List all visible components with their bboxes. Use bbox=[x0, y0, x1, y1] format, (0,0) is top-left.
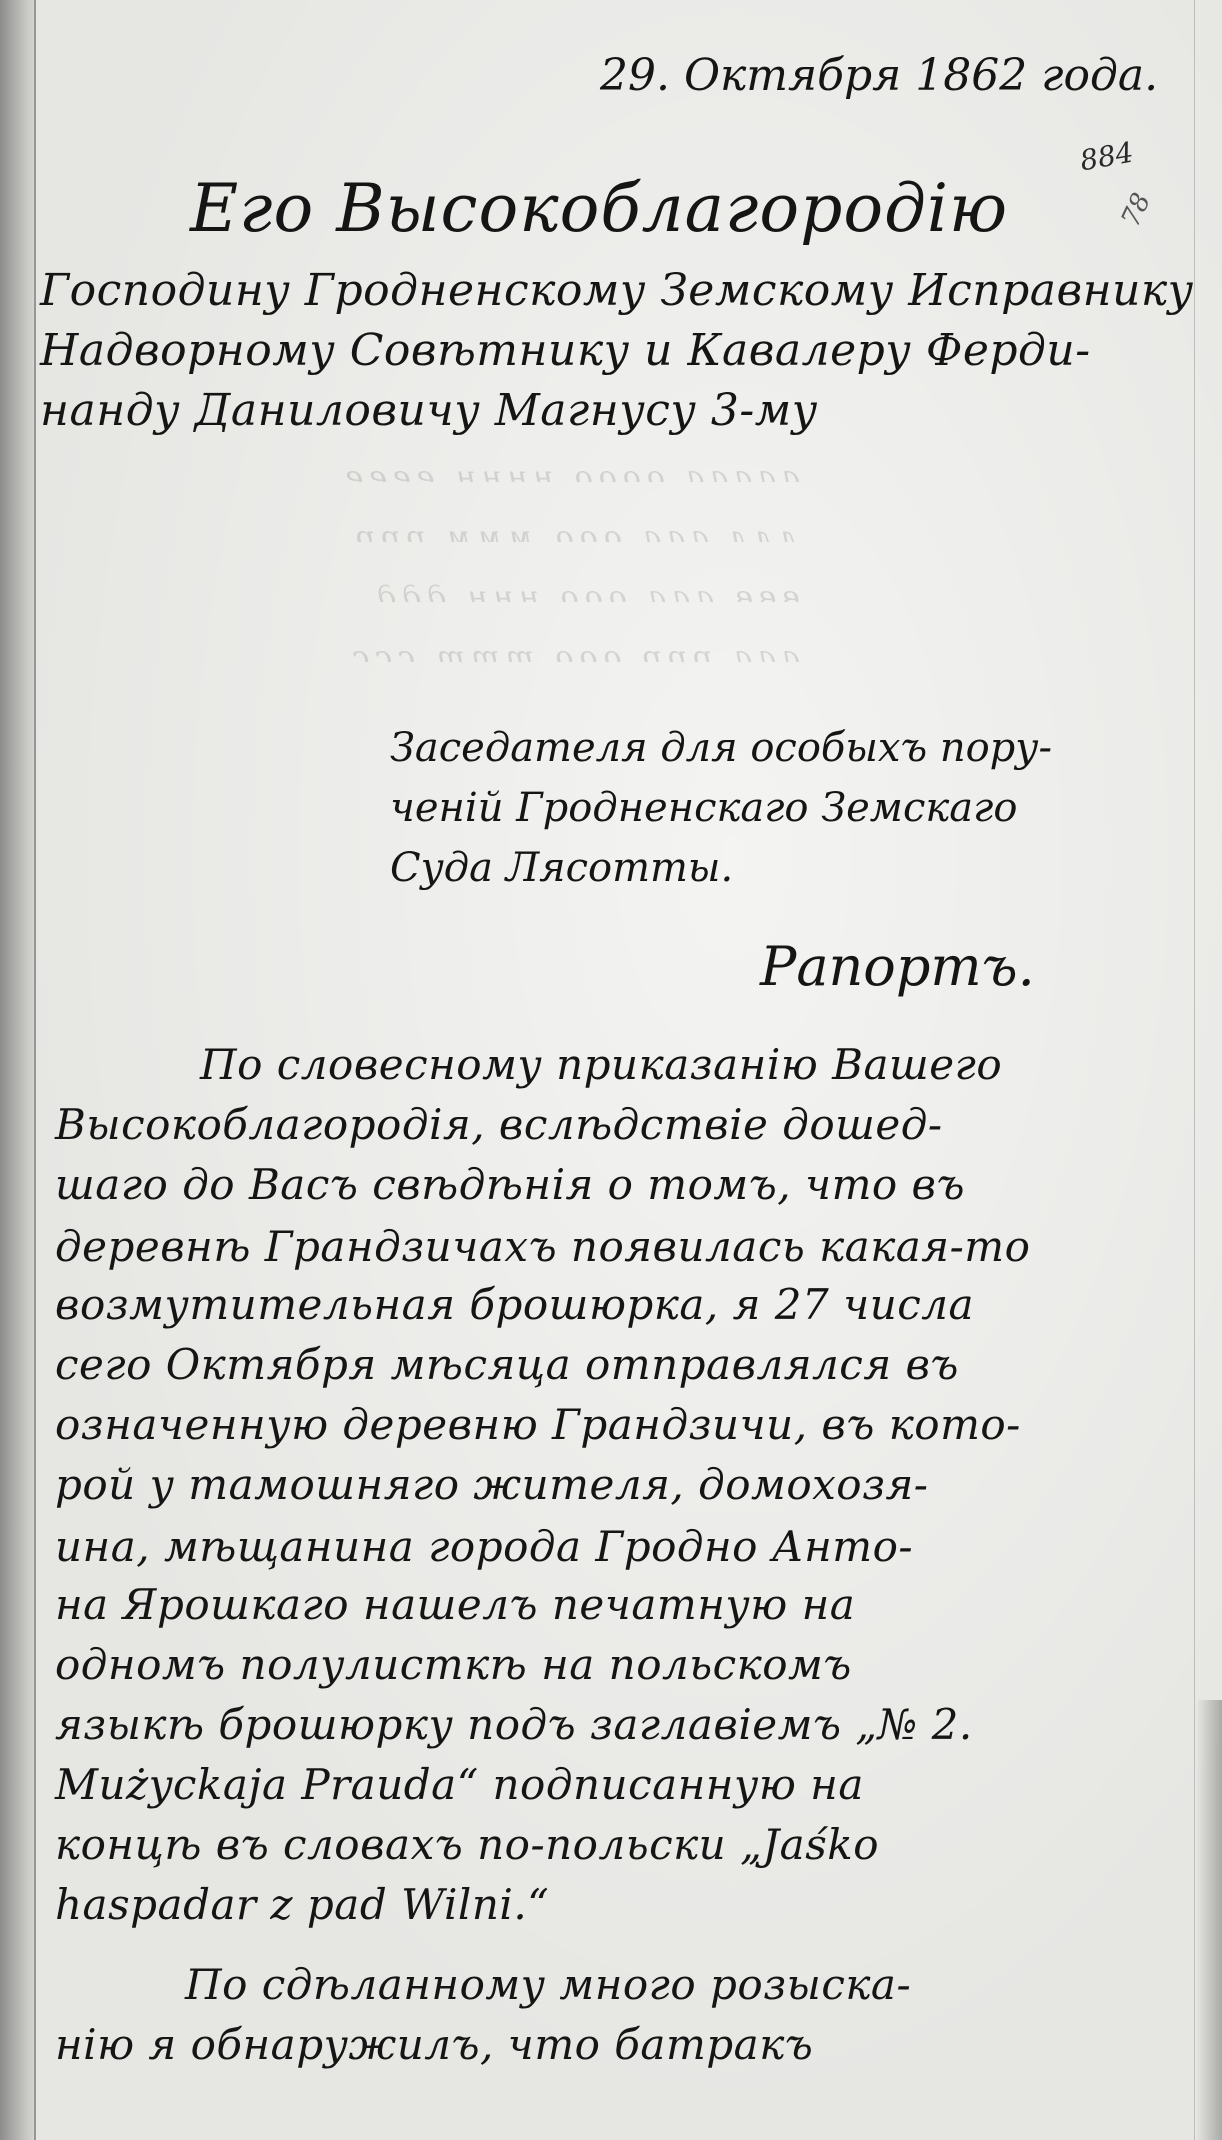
margin-line-right bbox=[1194, 0, 1195, 2140]
body-line: возмутительная брошюрка, я 27 числа bbox=[55, 1280, 974, 1329]
body-line: на Ярошкаго нашелъ печатную на bbox=[55, 1580, 855, 1629]
body-line: означенную деревню Грандзичи, въ кото- bbox=[55, 1400, 1021, 1449]
body-line: концѣ въ словахъ по-польски „Jaśko bbox=[55, 1820, 879, 1869]
sender-line: ченій Гродненскаго Земскаго bbox=[390, 785, 1017, 831]
body-line: деревнѣ Грандзичахъ появилась какая-то bbox=[55, 1222, 1030, 1271]
binding-gutter bbox=[0, 0, 36, 2140]
body-line: haspadar z pad Wilni.“ bbox=[55, 1880, 549, 1929]
body-line: Высокоблагородія, вслѣдствіе дошед- bbox=[55, 1100, 943, 1149]
body-line: шаго до Васъ свѣдѣнія о томъ, что въ bbox=[55, 1160, 965, 1209]
addressee-line: Надворному Совѣтнику и Кавалеру Ферди- bbox=[40, 325, 1091, 376]
addressee-line: Господину Гродненскому Земскому Исправни… bbox=[40, 265, 1194, 316]
bleed-through-text: ааа ррр ооо ттт ссс bbox=[40, 640, 800, 662]
addressee-line: нанду Даниловичу Магнусу 3-му bbox=[40, 385, 818, 436]
bleed-through-text: ввв ааа ооо ннн ддд bbox=[40, 580, 800, 602]
body-line: рой у тамошняго жителя, домохозя- bbox=[55, 1460, 929, 1509]
body-line: Mużyckaja Prauda“ подписанную на bbox=[55, 1760, 864, 1809]
sender-line: Суда Лясотты. bbox=[390, 845, 733, 891]
document-date: 29. Октября 1862 года. bbox=[600, 50, 1158, 101]
bleed-through-text: ааааа оооо нннн ееее bbox=[40, 460, 800, 482]
margin-line-left bbox=[34, 0, 36, 2140]
body-line: ина, мѣщанина города Гродно Анто- bbox=[55, 1522, 913, 1571]
body-line: языкѣ брошюрку подъ заглавіемъ „№ 2. bbox=[55, 1700, 973, 1749]
body-line: По сдѣланному много розыска- bbox=[185, 1960, 911, 2009]
body-line: нію я обнаружилъ, что батракъ bbox=[55, 2020, 813, 2069]
body-line: сего Октября мѣсяца отправлялся въ bbox=[55, 1340, 959, 1389]
page-edge-shadow bbox=[1196, 1700, 1222, 2140]
body-line: одномъ полулисткѣ на польскомъ bbox=[55, 1640, 852, 1689]
sender-line: Заседателя для особыхъ пору- bbox=[390, 725, 1052, 771]
bleed-through-text: ллл ааа ооо ммм ррр bbox=[40, 520, 800, 542]
salutation-title: Его Высокоблагородію bbox=[190, 170, 1008, 247]
body-line: По словесному приказанію Вашего bbox=[200, 1040, 1002, 1089]
report-title: Рапортъ. bbox=[760, 935, 1035, 998]
